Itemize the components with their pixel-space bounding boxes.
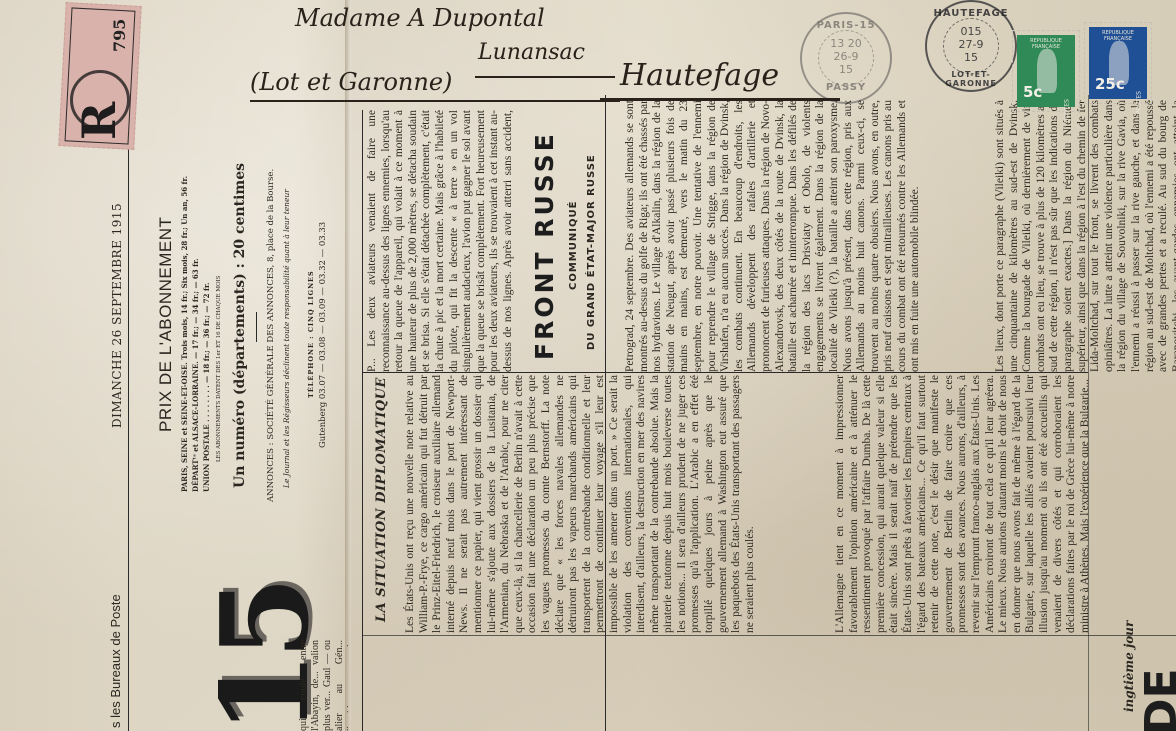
postmark-paris: PARIS-15 13 20 26-9 15 PASSY bbox=[800, 12, 892, 104]
subscription-title: PRIX DE L'ABONNEMENT bbox=[156, 217, 176, 432]
article-text: Petrograd, 24 septembre. Des aviateurs a… bbox=[624, 100, 923, 372]
postmark-date: 26-9 bbox=[802, 51, 890, 63]
subscription-1y: — 72 fr. bbox=[202, 283, 211, 313]
subscription-row: PARIS, SEINE et SEINE-ET-OISE. Trois moi… bbox=[180, 176, 189, 492]
stamp-25c: REPUBLIQUE FRANÇAISE 25c POSTES bbox=[1084, 22, 1152, 104]
underline bbox=[600, 98, 840, 101]
article-situation-diplomatique: Les États-Unis ont reçu une nouvelle not… bbox=[400, 375, 830, 633]
disclaimer-line: Le Journal et les Régisseurs déclinent t… bbox=[282, 189, 291, 488]
postmark-year: 15 bbox=[927, 52, 1015, 64]
telephone-label: TÉLÉPHONE : CINQ LIGNES bbox=[307, 270, 315, 398]
subscription-row: UNION POSTALE . . . . . . . . — 18 fr.; … bbox=[202, 283, 211, 492]
subscription-6m: — 34 fr.; bbox=[191, 291, 200, 324]
subscription-region: PARIS, SEINE et SEINE-ET-OISE. bbox=[180, 362, 189, 492]
headline-situation-diplomatique: LA SITUATION DIPLOMATIQUE bbox=[374, 377, 389, 622]
stamp-label: POSTES bbox=[1063, 99, 1070, 122]
stamp-value: 5c bbox=[1023, 83, 1042, 101]
fold-crease bbox=[345, 0, 351, 731]
article-text: Les États-Unis ont reçu une nouvelle not… bbox=[404, 375, 757, 633]
date-line: DIMANCHE 26 SEPTEMBRE 1915 bbox=[110, 203, 124, 428]
underline bbox=[475, 76, 615, 78]
article-left-fragment: qui coule entre l'Abayin, de... valion p… bbox=[238, 640, 348, 731]
registration-number: 795 bbox=[110, 19, 129, 52]
article-aviateurs: P... Les deux aviateurs venaient de fair… bbox=[362, 110, 517, 372]
subscription-note: LES ABONNEMENTS DATENT DES 1er ET 16 DE … bbox=[216, 276, 222, 462]
article-front-russe-continued: Les lieux, dont porte ce paragraphe (Vil… bbox=[990, 100, 1176, 372]
subscription-row: DÉPARTᵗˢ et ALSACE-LORRAINE. — 17 fr.; —… bbox=[191, 258, 200, 492]
article-text: L'Allemagne tient en ce moment à impress… bbox=[834, 375, 1088, 633]
postmark-year: 15 bbox=[802, 64, 890, 76]
subscription-1y: — 63 fr. bbox=[191, 258, 200, 288]
day-fragment: ingtième jour bbox=[1122, 621, 1136, 712]
section-rule bbox=[362, 372, 1088, 373]
postmark-town: PARIS-15 bbox=[802, 20, 890, 31]
stamp-label: POSTES bbox=[1135, 91, 1142, 114]
subscription-6m: — 36 fr.; bbox=[202, 315, 211, 348]
article-text: qui coule entre l'Abayin, de... valion p… bbox=[298, 640, 348, 731]
postmark-department: PASSY bbox=[802, 82, 890, 93]
headline-fragment: DE bbox=[1136, 668, 1176, 731]
subscription-3m: — 17 fr.; bbox=[191, 326, 200, 359]
postmark-hautefage: HAUTEFAGE 015 27-9 15 LOT-ET-GARONNE bbox=[925, 0, 1017, 92]
postmark-date: 27-9 bbox=[927, 39, 1015, 51]
underline bbox=[250, 100, 620, 102]
address-recipient: Madame A Dupontal bbox=[295, 4, 545, 32]
subscription-3m: Trois mois, 14 fr.; bbox=[180, 291, 189, 360]
price-line: Un numéro (départements) : 20 centimes bbox=[232, 163, 248, 488]
article-text: Les lieux, dont porte ce paragraphe (Vil… bbox=[994, 100, 1176, 372]
headline-front-russe: FRONT RUSSE bbox=[530, 131, 559, 360]
subscription-region: DÉPARTᵗˢ et ALSACE-LORRAINE. bbox=[191, 361, 200, 492]
ornament-rule bbox=[256, 312, 257, 342]
postmark-department: LOT-ET-GARONNE bbox=[927, 70, 1015, 88]
stamp-value: 25c bbox=[1095, 75, 1125, 93]
address-locality: Lunansac bbox=[478, 40, 585, 65]
postmark-town: HAUTEFAGE bbox=[927, 8, 1015, 19]
section-rule bbox=[362, 635, 1176, 636]
subscription-3m: — 18 fr.; bbox=[202, 350, 211, 383]
article-front-russe: Petrograd, 24 septembre. Des aviateurs a… bbox=[620, 100, 990, 372]
subscription-1y: Un an, 56 fr. bbox=[180, 176, 189, 225]
registration-letter: R bbox=[72, 102, 126, 140]
subscription-6m: Six mois, 28 fr.; bbox=[180, 227, 189, 288]
address-town: Hautefage bbox=[620, 58, 779, 93]
postmark-time: 015 bbox=[927, 26, 1015, 38]
stamp-5c: REPUBLIQUE FRANÇAISE 5c POSTES bbox=[1012, 30, 1080, 112]
address-department: (Lot et Garonne) bbox=[250, 68, 452, 96]
postmark-time: 13 20 bbox=[802, 38, 890, 50]
telephone-numbers: Gutenberg 03.07 — 03.08 — 03.09 — 03.32 … bbox=[318, 222, 328, 448]
article-situation-continued: L'Allemagne tient en ce moment à impress… bbox=[830, 375, 1088, 633]
subscription-region: UNION POSTALE . . . . . . . . bbox=[202, 385, 211, 492]
annonces-line: ANNONCES : SOCIÉTÉ GÉNÉRALE DES ANNONCES… bbox=[266, 169, 276, 502]
article-text: P... Les deux aviateurs venaient de fair… bbox=[366, 110, 517, 372]
headline-etat-major: DU GRAND ÉTAT-MAJOR RUSSE bbox=[586, 154, 597, 350]
border-rule bbox=[128, 140, 129, 731]
headline-communique: COMMUNIQUÉ bbox=[568, 201, 579, 290]
